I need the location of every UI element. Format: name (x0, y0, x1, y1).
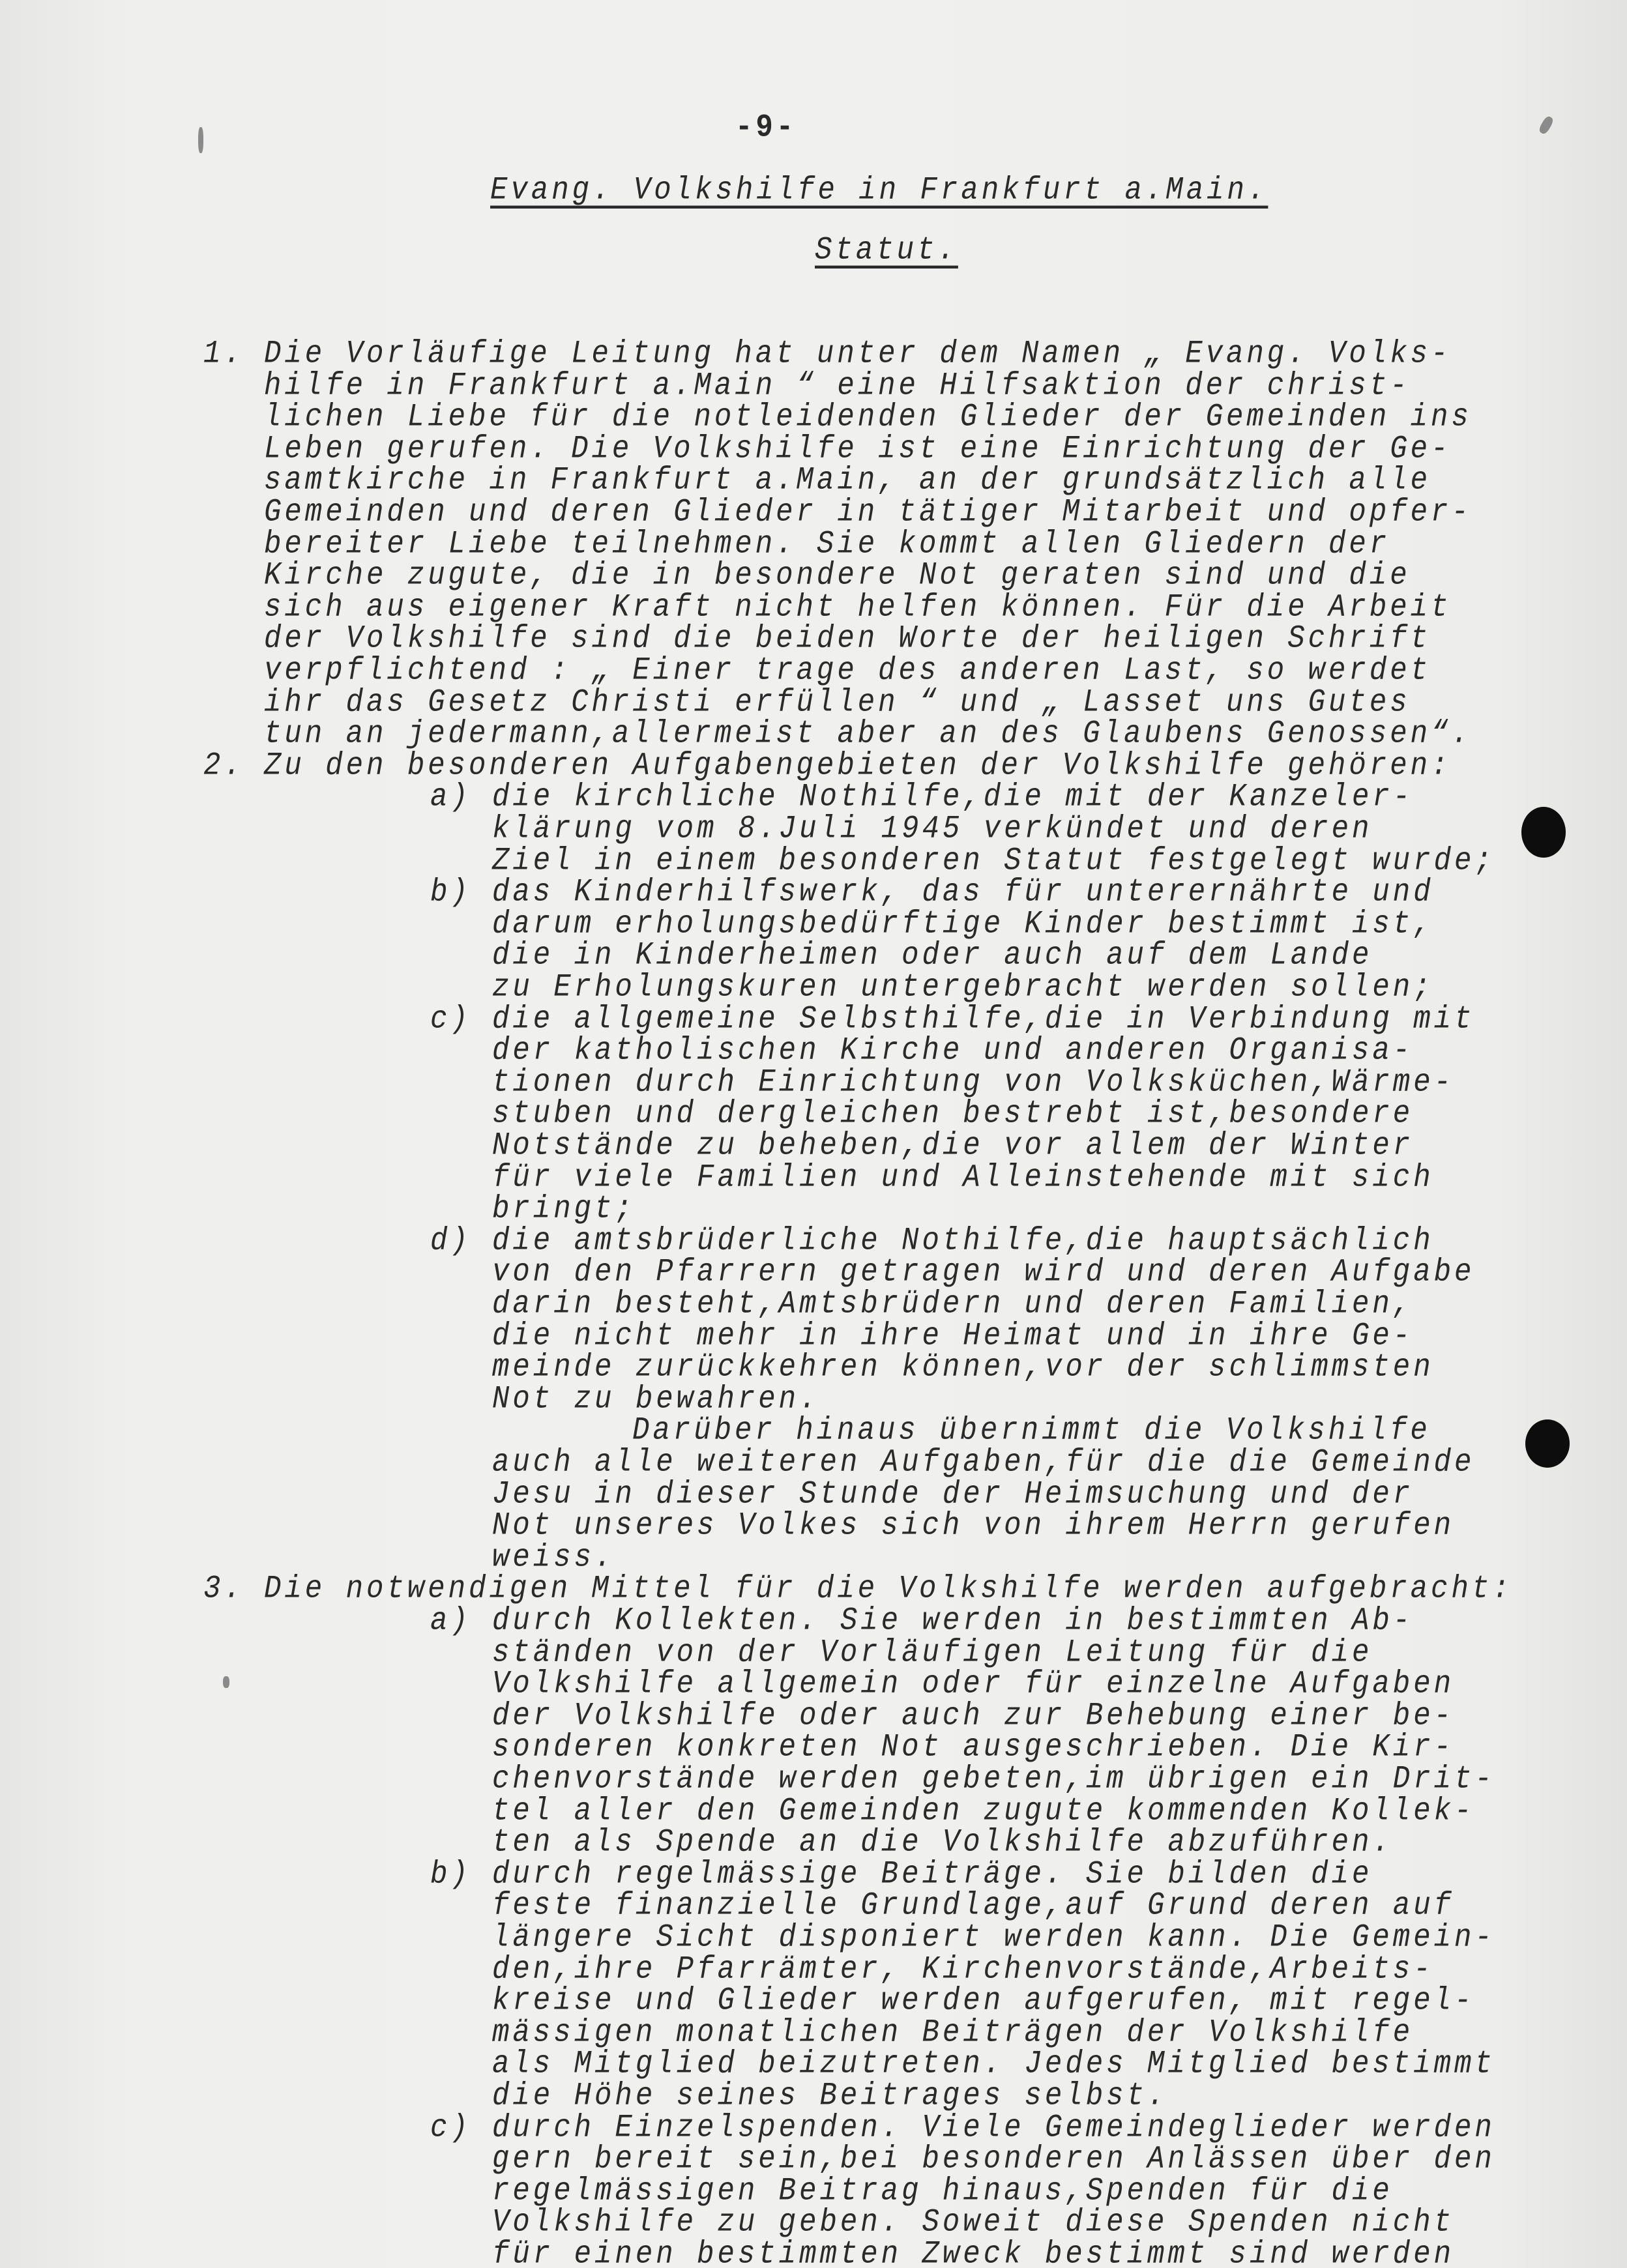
text-line: regelmässigen Beitrag hinaus,Spenden für… (492, 2173, 1393, 2208)
text-line: Volkshilfe zu geben. Soweit diese Spende… (492, 2204, 1454, 2239)
text-line: darum erholungsbedürftige Kinder bestimm… (492, 906, 1434, 941)
subsection-label: b) (430, 874, 471, 909)
section-number: 3. (203, 1571, 244, 1606)
text-line: feste finanzielle Grundlage,auf Grund de… (492, 1887, 1454, 1923)
document-title: Evang. Volkshilfe in Frankfurt a.Main. (490, 172, 1268, 209)
text-line: Volkshilfe allgemein oder für einzelne A… (492, 1666, 1454, 1701)
text-line: Darüber hinaus übernimmt die Volkshilfe (632, 1412, 1431, 1447)
text-line: ständen von der Vorläufigen Leitung für … (492, 1635, 1372, 1670)
text-line: kreise und Glieder werden aufgerufen, mi… (492, 1983, 1474, 2018)
text-line: tun an jedermann,allermeist aber an des … (264, 716, 1472, 751)
text-line: bringt; (492, 1191, 636, 1226)
subsection-label: c) (430, 2110, 471, 2145)
text-line: stuben und dergleichen bestrebt ist,beso… (492, 1096, 1413, 1131)
text-line: Leben gerufen. Die Volkshilfe ist eine E… (264, 431, 1451, 466)
scan-mark (198, 127, 203, 153)
text-line: tionen durch Einrichtung von Volksküchen… (492, 1064, 1454, 1099)
text-line: mässigen monatlichen Beiträgen der Volks… (492, 2014, 1413, 2050)
text-line: Notstände zu beheben,die vor allem der W… (492, 1127, 1413, 1163)
section-number: 1. (203, 336, 244, 371)
text-line: sonderen konkreten Not ausgeschrieben. D… (492, 1729, 1454, 1764)
text-line: bereiter Liebe teilnehmen. Sie kommt all… (264, 526, 1390, 561)
text-line: von den Pfarrern getragen wird und deren… (492, 1254, 1474, 1289)
text-line: verpflichtend : „ Einer trage des andere… (264, 652, 1431, 688)
page-number: -9- (735, 109, 797, 146)
text-line: der katholischen Kirche und anderen Orga… (492, 1032, 1413, 1068)
text-line: meinde zurückkehren können,vor der schli… (492, 1349, 1434, 1384)
text-line: die nicht mehr in ihre Heimat und in ihr… (492, 1318, 1413, 1353)
text-line: die allgemeine Selbsthilfe,die in Verbin… (492, 1001, 1474, 1036)
subsection-label: a) (430, 779, 471, 814)
text-line: ten als Spende an die Volkshilfe abzufüh… (492, 1824, 1393, 1859)
text-line: samtkirche in Frankfurt a.Main, an der g… (264, 462, 1431, 497)
text-line: Not unseres Volkes sich von ihrem Herrn … (492, 1507, 1454, 1543)
text-line: chenvorstände werden gebeten,im übrigen … (492, 1761, 1495, 1796)
text-line: lichen Liebe für die notleidenden Gliede… (264, 399, 1472, 434)
subsection-label: b) (430, 1856, 471, 1891)
document-subtitle: Statut. (815, 232, 958, 269)
subsection-label: d) (430, 1223, 471, 1258)
text-line: tel aller den Gemeinden zugute kommenden… (492, 1793, 1474, 1828)
text-line: ihr das Gesetz Christi erfüllen “ und „ … (264, 684, 1411, 720)
text-line: durch Kollekten. Sie werden in bestimmte… (492, 1603, 1413, 1638)
scan-mark (223, 1676, 229, 1688)
text-line: die kirchliche Nothilfe,die mit der Kanz… (492, 779, 1413, 814)
text-line: längere Sicht disponiert werden kann. Di… (492, 1919, 1495, 1955)
text-line: die in Kinderheimen oder auch auf dem La… (492, 937, 1372, 972)
text-line: durch regelmässige Beiträge. Sie bilden … (492, 1856, 1372, 1891)
text-line: der Volkshilfe oder auch zur Behebung ei… (492, 1698, 1454, 1733)
text-line: der Volkshilfe sind die beiden Worte der… (264, 620, 1431, 656)
text-line: das Kinderhilfswerk, das für unterernähr… (492, 874, 1434, 909)
text-line: Die Vorläufige Leitung hat unter dem Nam… (264, 336, 1451, 371)
text-line: Zu den besonderen Aufgabengebieten der V… (264, 748, 1451, 783)
text-line: die amtsbrüderliche Nothilfe,die hauptsä… (492, 1223, 1434, 1258)
text-line: als Mitglied beizutreten. Jedes Mitglied… (492, 2046, 1495, 2081)
text-line: Gemeinden und deren Glieder in tätiger M… (264, 494, 1472, 529)
text-line: sich aus eigener Kraft nicht helfen könn… (264, 589, 1451, 624)
document-page: -9- Evang. Volkshilfe in Frankfurt a.Mai… (0, 0, 1627, 2268)
section-number: 2. (203, 748, 244, 783)
text-line: Ziel in einem besonderen Statut festgele… (492, 843, 1495, 878)
scan-mark (1538, 115, 1555, 135)
punch-hole-icon (1521, 807, 1566, 858)
punch-hole-icon (1525, 1419, 1570, 1468)
text-line: auch alle weiteren Aufgaben,für die die … (492, 1444, 1474, 1479)
text-line: Jesu in dieser Stunde der Heimsuchung un… (492, 1476, 1413, 1511)
text-line: darin besteht,Amtsbrüdern und deren Fami… (492, 1286, 1413, 1321)
text-line: klärung vom 8.Juli 1945 verkündet und de… (492, 811, 1372, 846)
text-line: gern bereit sein,bei besonderen Anlässen… (492, 2141, 1495, 2176)
text-line: Die notwendigen Mittel für die Volkshilf… (264, 1571, 1513, 1606)
text-line: hilfe in Frankfurt a.Main “ eine Hilfsak… (264, 368, 1411, 403)
text-line: durch Einzelspenden. Viele Gemeindeglied… (492, 2110, 1495, 2145)
text-line: die Höhe seines Beitrages selbst. (492, 2078, 1167, 2113)
text-line: Kirche zugute, die in besondere Not gera… (264, 557, 1411, 592)
text-line: Not zu bewahren. (492, 1381, 819, 1416)
text-line: für einen bestimmten Zweck bestimmt sind… (492, 2236, 1454, 2268)
subsection-label: a) (430, 1603, 471, 1638)
subsection-label: c) (430, 1001, 471, 1036)
text-line: zu Erholungskuren untergebracht werden s… (492, 969, 1434, 1004)
text-line: für viele Familien und Alleinstehende mi… (492, 1159, 1434, 1195)
text-line: weiss. (492, 1539, 615, 1575)
text-line: den,ihre Pfarrämter, Kirchenvorstände,Ar… (492, 1951, 1434, 1986)
